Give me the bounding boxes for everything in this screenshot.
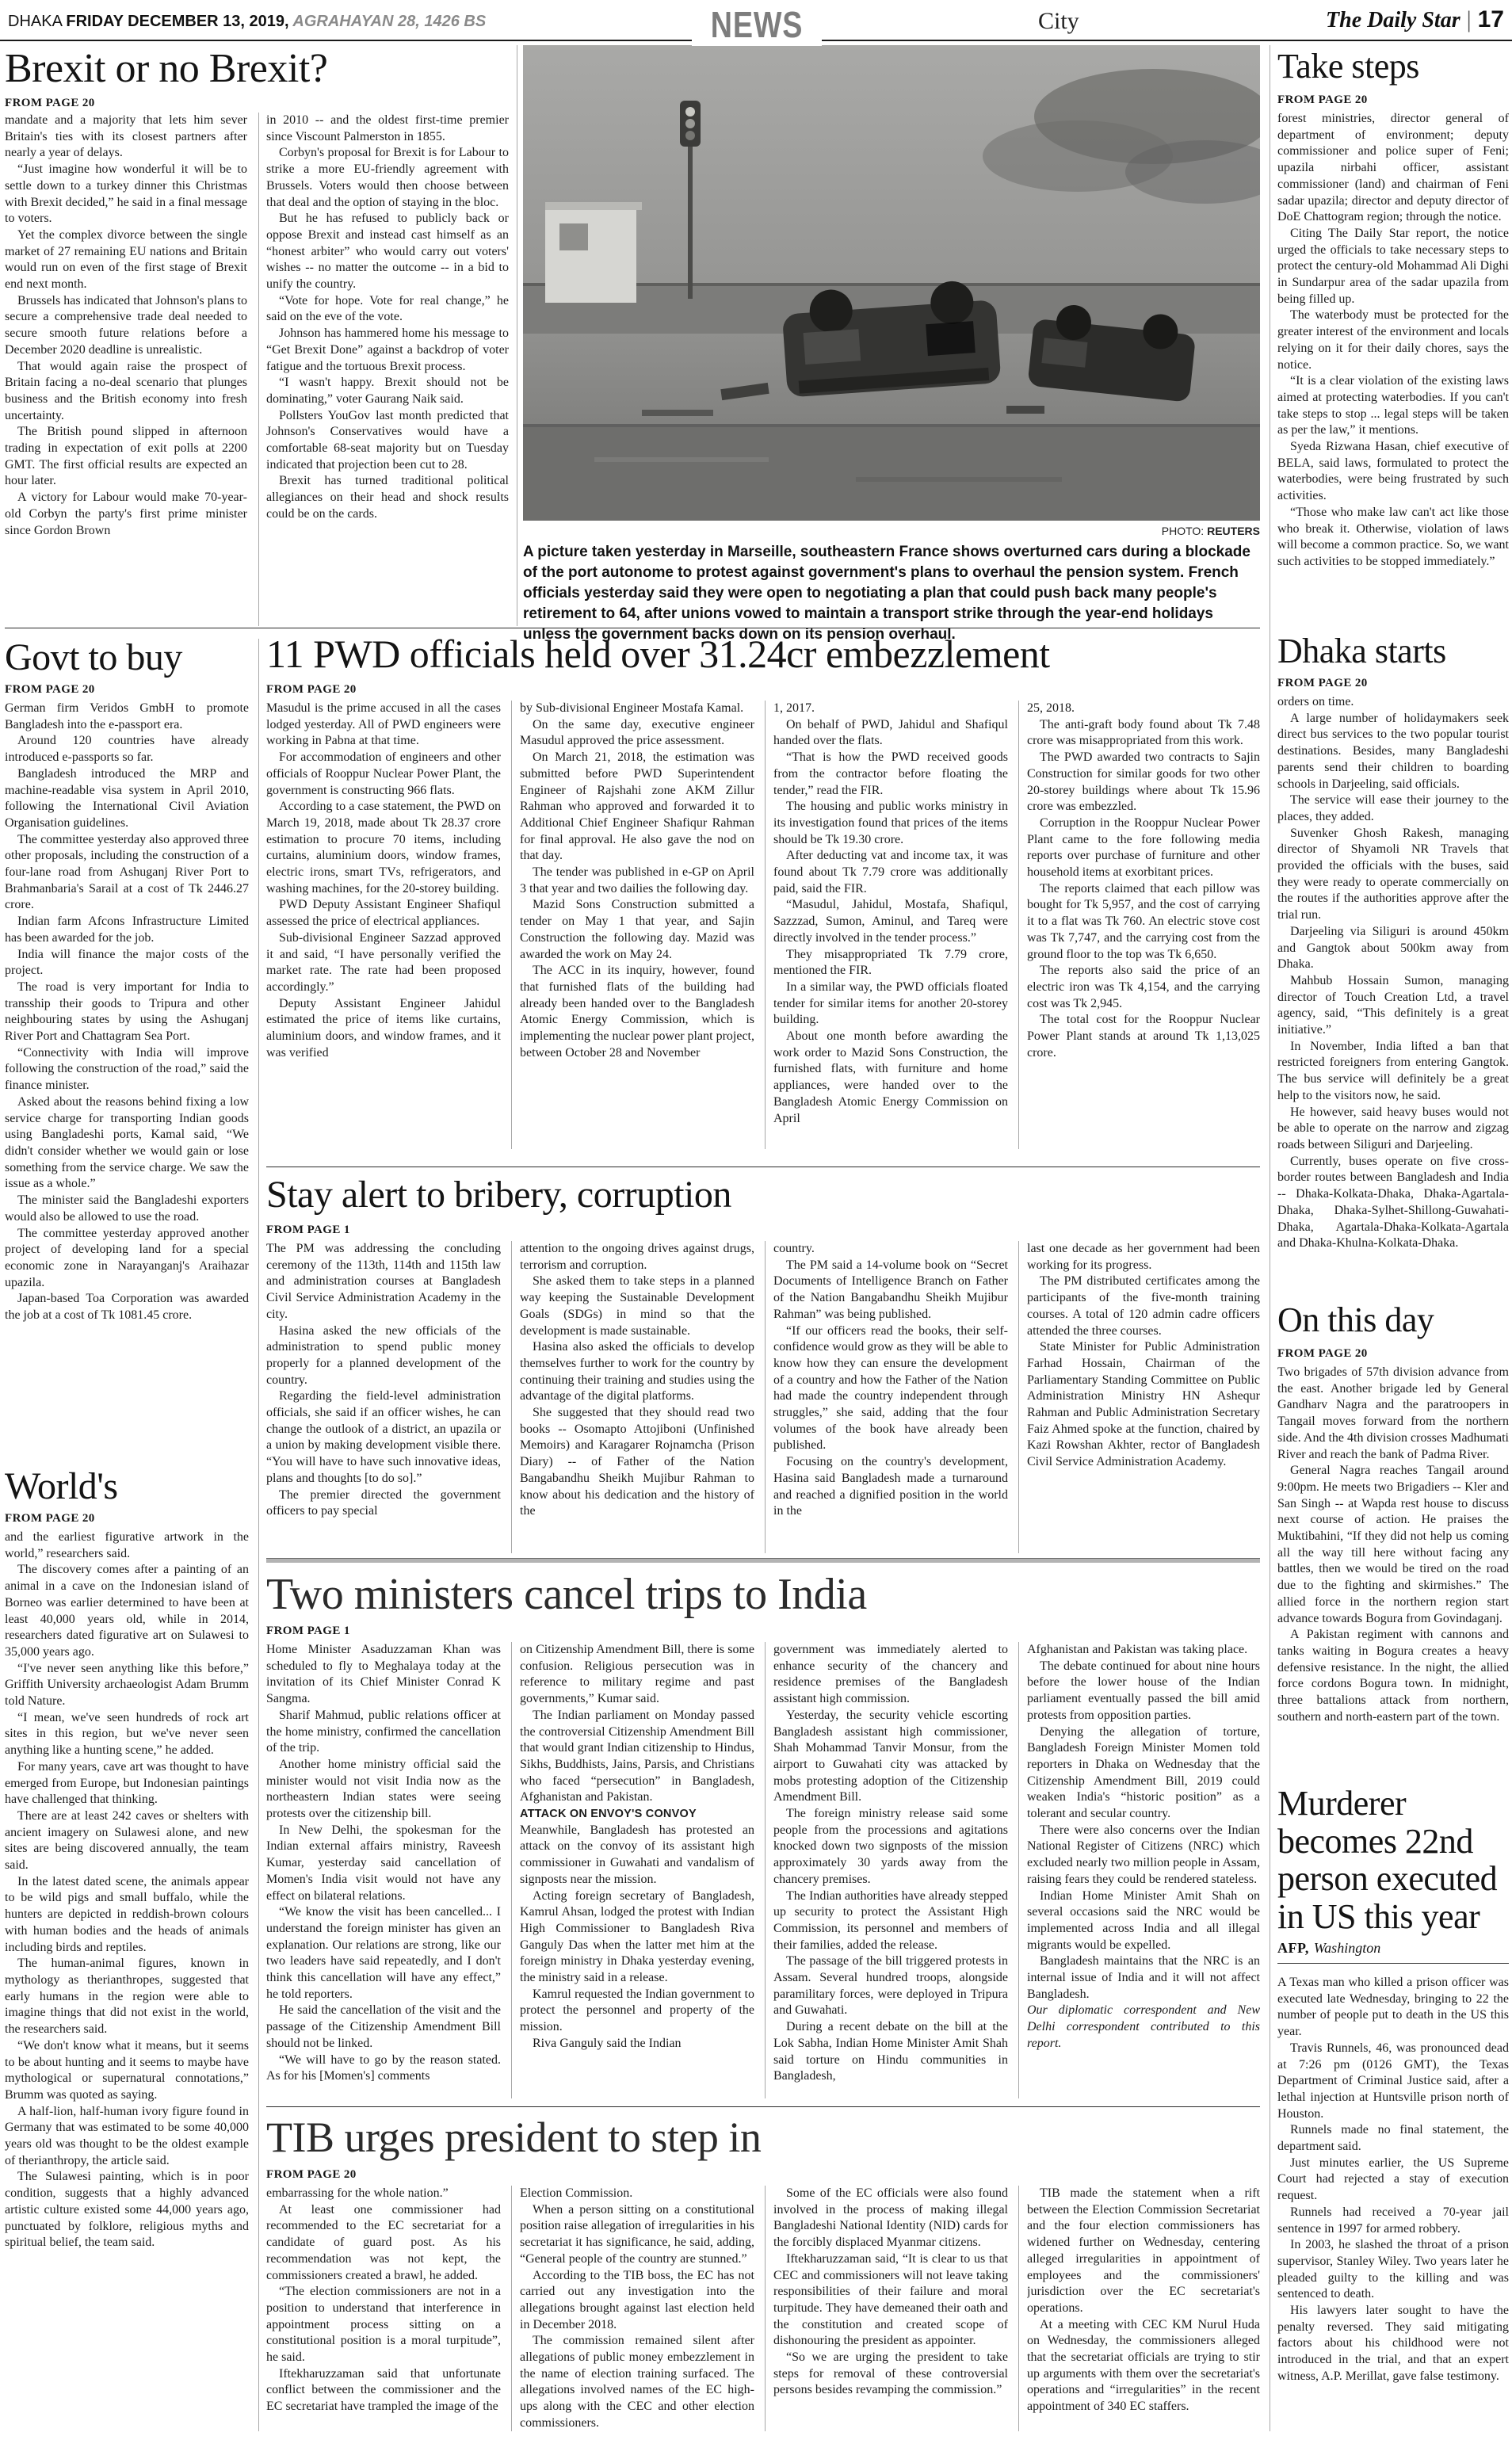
paragraph: Iftekharuzzaman said that unfortunate co… [266,2366,501,2415]
paragraph: They misappropriated Tk 7.79 crore, ment… [773,947,1008,979]
paragraph: About one month before awarding the work… [773,1029,1008,1127]
paragraph: 25, 2018. [1027,701,1260,717]
tib-column-4: TIB made the statement when a rift betwe… [1027,2186,1260,2433]
paragraph: Around 120 countries have already introd… [5,733,249,766]
paragraph: The PWD awarded two contracts to Sajin C… [1027,750,1260,815]
pwd-kicker: FROM PAGE 20 [266,683,357,697]
paragraph: Japan-based Toa Corporation was awarded … [5,1291,249,1323]
byline-agency: AFP, [1277,1940,1309,1956]
column-rule [765,2186,766,2431]
on-this-day-body: Two brigades of 57th division advance fr… [1277,1365,1509,1774]
paragraph: A Texas man who killed a prison officer … [1277,1975,1509,2041]
tib-kicker: FROM PAGE 20 [266,2168,357,2182]
paragraph: last one decade as her government had be… [1027,1241,1260,1273]
pwd-column-3: 1, 2017.On behalf of PWD, Jahidul and Sh… [773,701,1008,1151]
paragraph: Bangladesh maintains that the NRC is an … [1027,1953,1260,2003]
paragraph: India will finance the major costs of th… [5,947,249,979]
paragraph: But he has refused to publicly back or o… [266,211,509,293]
stay-alert-kicker: FROM PAGE 1 [266,1224,350,1237]
paragraph: “That is how the PWD received goods from… [773,750,1008,799]
brexit-kicker: FROM PAGE 20 [5,97,95,110]
paragraph: A victory for Labour would make 70-year-… [5,490,247,539]
paragraph: Focusing on the country's development, H… [773,1454,1008,1520]
photo-credit-agency: REUTERS [1207,525,1260,537]
tib-column-3: Some of the EC officials were also found… [773,2186,1008,2433]
paragraph: The PM was addressing the concluding cer… [266,1241,501,1323]
column-rule [511,701,512,1149]
paragraph: Election Commission. [520,2186,754,2202]
zone-label: City [1030,8,1087,35]
paragraph: orders on time. [1277,694,1509,711]
paragraph: German firm Veridos GmbH to promote Bang… [5,701,249,733]
paragraph: “I mean, we've seen hundreds of rock art… [5,1710,249,1759]
paragraph: “So we are urging the president to take … [773,2350,1008,2399]
paragraph: Riva Ganguly said the Indian [520,2036,754,2052]
paragraph: He said the cancellation of the visit an… [266,2003,501,2052]
masthead-separator: | [1460,6,1478,32]
paragraph: Sharif Mahmud, public relations officer … [266,1708,501,1757]
column-rule [1270,45,1270,2431]
photo-caption: A picture taken yesterday in Marseille, … [523,542,1260,645]
paragraph: PWD Deputy Assistant Engineer Shafiqul a… [266,897,501,930]
govt-to-buy-kicker: FROM PAGE 20 [5,683,95,697]
paragraph: The tender was published in e-GP on Apri… [520,865,754,897]
paragraph: Brexit has turned traditional political … [266,473,509,522]
tib-headline: TIB urges president to step in [266,2116,761,2159]
paragraph: The committee yesterday approved another… [5,1226,249,1292]
column-rule [765,1642,766,2098]
paragraph: According to a case statement, the PWD o… [266,799,501,897]
paragraph: The Sulawesi painting, which is in poor … [5,2169,249,2251]
paragraph: country. [773,1241,1008,1258]
paragraph: Acting foreign secretary of Bangladesh, … [520,1888,754,1987]
paragraph: Sub-divisional Engineer Sazzad approved … [266,930,501,996]
murderer-byline: AFP,Washington [1277,1940,1509,1964]
paragraph: The premier directed the government offi… [266,1487,501,1520]
paragraph: Mazid Sons Construction submitted a tend… [520,897,754,963]
column-rule [1018,1241,1019,1553]
column-rule [258,113,259,626]
paragraph: “I wasn't happy. Brexit should not be do… [266,375,509,407]
paragraph: government was immediately alerted to en… [773,1642,1008,1708]
brexit-column-1: mandate and a majority that lets him sev… [5,113,247,628]
paragraph: Deputy Assistant Engineer Jahidul estima… [266,996,501,1062]
paragraph: “If our officers read the books, their s… [773,1323,1008,1455]
paragraph: and the earliest figurative artwork in t… [5,1529,249,1562]
paragraph: There are at least 242 caves or shelters… [5,1808,249,1874]
masthead: The Daily Star|17 [1318,6,1504,33]
paragraph: Pollsters YouGov last month predicted th… [266,408,509,474]
murderer-body: A Texas man who killed a prison officer … [1277,1975,1509,2433]
paragraph: In a similar way, the PWD officials floa… [773,979,1008,1029]
paragraph: In New Delhi, the spokesman for the Indi… [266,1823,501,1905]
paragraph: On March 21, 2018, the estimation was su… [520,750,754,865]
paragraph: She suggested that they should read two … [520,1405,754,1520]
paragraph: “We know the visit has been cancelled...… [266,1904,501,2003]
dhaka-starts-kicker: FROM PAGE 20 [1277,677,1368,690]
paragraph: That would again raise the prospect of B… [5,359,247,425]
column-rule [1018,2186,1019,2431]
paragraph: Our diplomatic correspondent and New Del… [1027,2003,1260,2052]
paragraph: His lawyers later sought to have the pen… [1277,2303,1509,2385]
column-rule [511,2186,512,2431]
paragraph: Runnels had received a 70-year jail sent… [1277,2205,1509,2237]
paragraph: The passage of the bill triggered protes… [773,1953,1008,2019]
stay-alert-column-1: The PM was addressing the concluding cer… [266,1241,501,1555]
stay-alert-headline: Stay alert to bribery, corruption [266,1176,731,1215]
paragraph: Hasina also asked the officials to devel… [520,1339,754,1405]
tib-column-2: Election Commission.When a person sittin… [520,2186,754,2433]
paragraph: For many years, cave art was thought to … [5,1759,249,1808]
paragraph: Brussels has indicated that Johnson's pl… [5,293,247,359]
two-ministers-column-1: Home Minister Asaduzzaman Khan was sched… [266,1642,501,2100]
column-rule [511,1642,512,2098]
paragraph: ATTACK ON ENVOY'S CONVOY [520,1806,754,1823]
tib-column-1: embarrassing for the whole nation.”At le… [266,2186,501,2433]
paragraph: 1, 2017. [773,701,1008,717]
paragraph: Hasina asked the new officials of the ad… [266,1323,501,1389]
stay-alert-column-2: attention to the ongoing drives against … [520,1241,754,1555]
paragraph: At a meeting with CEC KM Nurul Huda on W… [1027,2317,1260,2415]
paragraph: In the latest dated scene, the animals a… [5,1874,249,1957]
paragraph: “Just imagine how wonderful it will be t… [5,162,247,227]
paragraph: A Pakistan regiment with cannons and tan… [1277,1627,1509,1725]
paragraph: He however, said heavy buses would not b… [1277,1105,1509,1154]
paragraph: For accommodation of engineers and other… [266,750,501,799]
paragraph: The service will ease their journey to t… [1277,792,1509,825]
paragraph: According to the TIB boss, the EC has no… [520,2268,754,2334]
paragraph: The PM said a 14-volume book on “Secret … [773,1258,1008,1323]
paragraph: During a recent debate on the bill at th… [773,2019,1008,2085]
paragraph: Bangladesh introduced the MRP and machin… [5,766,249,832]
paragraph: The total cost for the Rooppur Nuclear P… [1027,1012,1260,1061]
dateline-bangla-date: AGRAHAYAN 28, 1426 BS [289,13,487,30]
column-rule [517,45,517,626]
paragraph: The Indian parliament on Monday passed t… [520,1708,754,1806]
paragraph: “I've never seen anything like this befo… [5,1661,249,1710]
paragraph: forest ministries, director general of d… [1277,111,1509,226]
paragraph: “Masudul, Jahidul, Mostafa, Shafiqul, Sa… [773,897,1008,946]
photo-overturned-cars [523,45,1260,521]
murderer-headline: Murderer becomes 22nd person executed in… [1277,1785,1509,1935]
paragraph: Denying the allegation of torture, Bangl… [1027,1724,1260,1823]
paragraph: She asked them to take steps in a planne… [520,1273,754,1339]
stay-alert-column-4: last one decade as her government had be… [1027,1241,1260,1555]
masthead-name: The Daily Star [1326,8,1460,32]
paragraph: “Vote for hope. Vote for real change,” h… [266,293,509,326]
govt-to-buy-headline: Govt to buy [5,639,182,678]
paragraph: A large number of holidaymakers seek dir… [1277,711,1509,793]
paragraph: in 2010 -- and the oldest first-time pre… [266,113,509,145]
paragraph: Darjeeling via Siliguri is around 450km … [1277,924,1509,973]
photo-credit-label: PHOTO: [1162,525,1204,537]
paragraph: “Those who make law can't act like those… [1277,505,1509,571]
paragraph: The minister said the Bangladeshi export… [5,1193,249,1225]
stay-alert-column-3: country.The PM said a 14-volume book on … [773,1241,1008,1555]
paragraph: Home Minister Asaduzzaman Khan was sched… [266,1642,501,1708]
paragraph: A half-lion, half-human ivory figure fou… [5,2104,249,2170]
paragraph: General Nagra reaches Tangail around 9:0… [1277,1463,1509,1627]
paragraph: Corruption in the Rooppur Nuclear Power … [1027,815,1260,881]
paragraph: Citing The Daily Star report, the notice… [1277,226,1509,308]
paragraph: Corbyn's proposal for Brexit is for Labo… [266,145,509,211]
paragraph: The housing and public works ministry in… [773,799,1008,848]
paragraph: The human-animal figures, known in mytho… [5,1956,249,2038]
brexit-headline: Brexit or no Brexit? [5,48,480,90]
paragraph: Indian farm Afcons Infrastructure Limite… [5,914,249,946]
newspaper-page: DHAKA FRIDAY DECEMBER 13, 2019, AGRAHAYA… [0,0,1512,2440]
paragraph: Afghanistan and Pakistan was taking plac… [1027,1642,1260,1659]
paragraph: The foreign ministry release said some p… [773,1806,1008,1888]
photo-credit: PHOTO: REUTERS [523,525,1260,537]
paragraph: Indian Home Minister Amit Shah on severa… [1027,1888,1260,1954]
paragraph: Travis Runnels, 46, was pronounced dead … [1277,2041,1509,2123]
section-rule [266,2106,1260,2107]
paragraph: At least one commissioner had recommende… [266,2202,501,2285]
govt-to-buy-body: German firm Veridos GmbH to promote Bang… [5,701,249,1460]
paragraph: Johnson has hammered home his message to… [266,326,509,375]
paragraph: Just minutes earlier, the US Supreme Cou… [1277,2156,1509,2205]
paragraph: Regarding the field-level administration… [266,1388,501,1487]
paragraph: by Sub-divisional Engineer Mostafa Kamal… [520,701,754,717]
paragraph: Another home ministry official said the … [266,1757,501,1823]
paragraph: The discovery comes after a painting of … [5,1562,249,1660]
dhaka-starts-headline: Dhaka starts [1277,634,1446,670]
paragraph: On behalf of PWD, Jahidul and Shafiqul h… [773,717,1008,750]
pwd-column-2: by Sub-divisional Engineer Mostafa Kamal… [520,701,754,1151]
two-ministers-headline: Two ministers cancel trips to India [266,1572,867,1617]
brexit-column-2: in 2010 -- and the oldest first-time pre… [266,113,509,628]
paragraph: Meanwhile, Bangladesh has protested an a… [520,1823,754,1888]
column-rule [1018,1642,1019,2098]
dateline-city: DHAKA [8,13,66,30]
paragraph: Iftekharuzzaman said, “It is clear to us… [773,2251,1008,2350]
paragraph: The committee yesterday also approved th… [5,832,249,915]
paragraph: Asked about the reasons behind fixing a … [5,1094,249,1193]
paragraph: After deducting vat and income tax, it w… [773,848,1008,897]
paragraph: There were also concerns over the Indian… [1027,1823,1260,1888]
column-rule [1018,701,1019,1149]
paragraph: “Connectivity with India will improve fo… [5,1045,249,1094]
paragraph: The reports also said the price of an el… [1027,963,1260,1012]
paragraph: Currently, buses operate on five cross-b… [1277,1154,1509,1252]
paragraph: “It is a clear violation of the existing… [1277,373,1509,439]
pwd-column-4: 25, 2018.The anti-graft body found about… [1027,701,1260,1151]
paragraph: The waterbody must be protected for the … [1277,307,1509,373]
paragraph: on Citizenship Amendment Bill, there is … [520,1642,754,1708]
paragraph: “We don't know what it means, but it see… [5,2038,249,2104]
section-rule [5,628,1260,628]
two-ministers-column-3: government was immediately alerted to en… [773,1642,1008,2100]
pwd-column-1: Masudul is the prime accused in all the … [266,701,501,1151]
column-rule [511,1241,512,1553]
pwd-headline: 11 PWD officials held over 31.24cr embez… [266,634,1260,674]
paragraph: The debate continued for about nine hour… [1027,1659,1260,1724]
take-steps-headline: Take steps [1277,49,1419,85]
paragraph: The ACC in its inquiry, however, found t… [520,963,754,1061]
paragraph: TIB made the statement when a rift betwe… [1027,2186,1260,2317]
paragraph: State Minister for Public Administration… [1027,1339,1260,1471]
byline-place: Washington [1309,1940,1380,1956]
paragraph: Syeda Rizwana Hasan, chief executive of … [1277,439,1509,505]
section-rule [266,1558,1260,1563]
paragraph: Yesterday, the security vehicle escortin… [773,1708,1008,1806]
take-steps-body: forest ministries, director general of d… [1277,111,1509,626]
paragraph: Two brigades of 57th division advance fr… [1277,1365,1509,1463]
column-rule [258,639,259,2431]
paragraph: Masudul is the prime accused in all the … [266,701,501,750]
paragraph: When a person sitting on a constitutiona… [520,2202,754,2268]
paragraph: mandate and a majority that lets him sev… [5,113,247,162]
paragraph: In November, India lifted a ban that res… [1277,1039,1509,1105]
section-rule [266,1167,1260,1167]
paragraph: The Indian authorities have already step… [773,1888,1008,1954]
paragraph: Suvenker Ghosh Rakesh, managing director… [1277,826,1509,924]
dhaka-starts-body: orders on time.A large number of holiday… [1277,694,1509,1295]
paragraph: The commission remained silent after all… [520,2333,754,2431]
worlds-kicker: FROM PAGE 20 [5,1512,95,1525]
take-steps-kicker: FROM PAGE 20 [1277,94,1368,107]
photo-illustration [523,45,1260,521]
paragraph: Runnels made no final statement, the dep… [1277,2122,1509,2155]
column-rule [765,701,766,1149]
on-this-day-kicker: FROM PAGE 20 [1277,1347,1368,1361]
two-ministers-kicker: FROM PAGE 1 [266,1625,350,1638]
two-ministers-column-2: on Citizenship Amendment Bill, there is … [520,1642,754,2100]
dateline: DHAKA FRIDAY DECEMBER 13, 2019, AGRAHAYA… [8,13,486,31]
paragraph: The British pound slipped in afternoon t… [5,424,247,490]
worlds-body: and the earliest figurative artwork in t… [5,1529,249,2431]
paragraph: The reports claimed that each pillow was… [1027,881,1260,964]
paragraph: The anti-graft body found about Tk 7.48 … [1027,717,1260,750]
page-number: 17 [1478,6,1504,32]
paragraph: Mahbub Hossain Sumon, managing director … [1277,973,1509,1039]
two-ministers-column-4: Afghanistan and Pakistan was taking plac… [1027,1642,1260,2100]
paragraph: Kamrul requested the Indian government t… [520,1987,754,2036]
paragraph: embarrassing for the whole nation.” [266,2186,501,2202]
dateline-date: FRIDAY DECEMBER 13, 2019, [66,13,288,30]
paragraph: On the same day, executive engineer Masu… [520,717,754,750]
column-rule [765,1241,766,1553]
section-title: NEWS [692,3,822,46]
paragraph: The PM distributed certificates among th… [1027,1273,1260,1339]
paragraph: “The election commissioners are not in a… [266,2284,501,2366]
paragraph: attention to the ongoing drives against … [520,1241,754,1273]
paragraph: The road is very important for India to … [5,979,249,1045]
paragraph: “We will have to go by the reason stated… [266,2052,501,2085]
paragraph: Yet the complex divorce between the sing… [5,227,247,293]
on-this-day-headline: On this day [1277,1303,1434,1338]
worlds-headline: World's [5,1468,118,1506]
paragraph: Some of the EC officials were also found… [773,2186,1008,2251]
paragraph: In 2003, he slashed the throat of a pris… [1277,2237,1509,2303]
